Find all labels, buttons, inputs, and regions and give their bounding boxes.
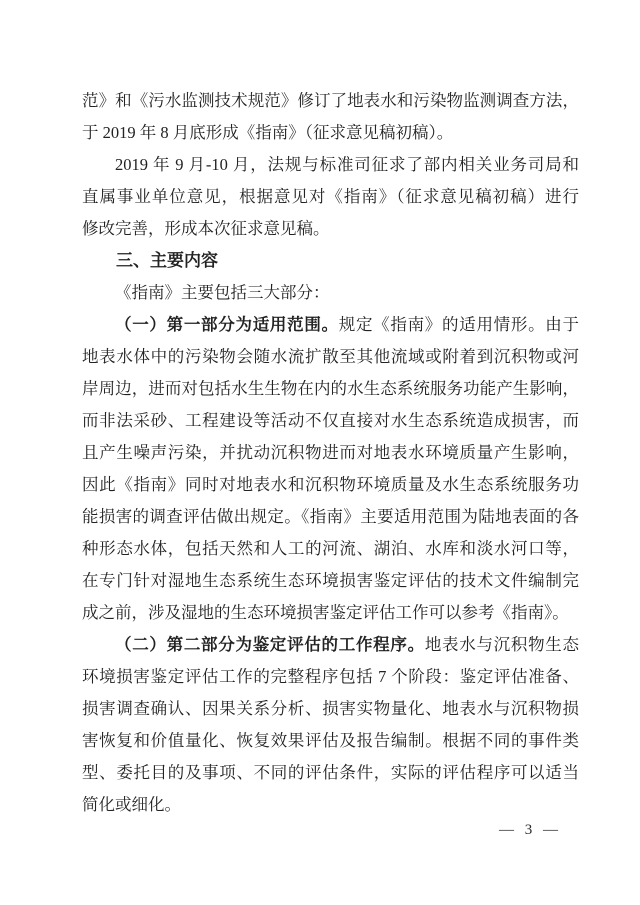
line-text: 害恢复和价值量化、恢复效果评估及报告编制。根据不同的事件类: [82, 731, 579, 750]
line-text: 种形态水体，包括天然和人工的河流、湖泊、水库和淡水河口等，: [82, 539, 579, 558]
text-line: 害恢复和价值量化、恢复效果评估及报告编制。根据不同的事件类: [82, 725, 579, 757]
text-line: 且产生噪声污染，并扰动沉积物进而对地表水环境质量产生影响，: [82, 437, 579, 469]
line-text: 规定《指南》的适用情形。由于: [339, 315, 579, 334]
text-line: 成之前，涉及湿地的生态环境损害鉴定评估工作可以参考《指南》。: [82, 597, 579, 629]
text-line: 损害调查确认、因果关系分析、损害实物量化、地表水与沉积物损: [82, 693, 579, 725]
text-line: 于 2019 年 8 月底形成《指南》（征求意见稿初稿）。: [82, 117, 579, 149]
text-line: 环境损害鉴定评估工作的完整程序包括 7 个阶段：鉴定评估准备、: [82, 661, 579, 693]
bold-lead-text: （二）第二部分为鉴定评估的工作程序。: [115, 635, 425, 654]
text-line: 型、委托目的及事项、不同的评估条件，实际的评估程序可以适当: [82, 757, 579, 789]
document-page: 范》和《污水监测技术规范》修订了地表水和污染物监测调查方法， 于 2019 年 …: [0, 0, 640, 905]
text-line: 因此《指南》同时对地表水和沉积物环境质量及水生态系统服务功: [82, 469, 579, 501]
line-text: 型、委托目的及事项、不同的评估条件，实际的评估程序可以适当: [82, 763, 579, 782]
page-number: — 3 —: [499, 822, 558, 838]
text-line: （一）第一部分为适用范围。规定《指南》的适用情形。由于: [82, 309, 579, 341]
document-body: 范》和《污水监测技术规范》修订了地表水和污染物监测调查方法， 于 2019 年 …: [82, 85, 579, 821]
text-line: 在专门针对湿地生态系统生态环境损害鉴定评估的技术文件编制完: [82, 565, 579, 597]
line-text: 简化或细化。: [82, 795, 181, 814]
line-text: 能损害的调查评估做出规定。《指南》主要适用范围为陆地表面的各: [82, 507, 579, 526]
line-text: 范》和《污水监测技术规范》修订了地表水和污染物监测调查方法，: [82, 91, 579, 110]
bold-lead-text: （一）第一部分为适用范围。: [115, 315, 339, 334]
line-text: 在专门针对湿地生态系统生态环境损害鉴定评估的技术文件编制完: [82, 571, 579, 590]
line-text: 而非法采砂、工程建设等活动不仅直接对水生态系统造成损害，而: [82, 411, 579, 430]
text-line: 岸周边，进而对包括水生生物在内的水生态系统服务功能产生影响，: [82, 373, 579, 405]
section-heading-text: 三、主要内容: [116, 251, 218, 270]
text-line: 修改完善，形成本次征求意见稿。: [82, 213, 579, 245]
line-text: 损害调查确认、因果关系分析、损害实物量化、地表水与沉积物损: [82, 699, 579, 718]
line-text: 于 2019 年 8 月底形成《指南》（征求意见稿初稿）。: [82, 123, 453, 142]
line-text: 岸周边，进而对包括水生生物在内的水生态系统服务功能产生影响，: [82, 379, 579, 398]
text-line: 范》和《污水监测技术规范》修订了地表水和污染物监测调查方法，: [82, 85, 579, 117]
text-line: （二）第二部分为鉴定评估的工作程序。地表水与沉积物生态: [82, 629, 579, 661]
line-text: 直属事业单位意见，根据意见对《指南》（征求意见稿初稿）进行: [82, 187, 579, 206]
line-text: 地表水体中的污染物会随水流扩散至其他流域或附着到沉积物或河: [82, 347, 579, 366]
line-text: 且产生噪声污染，并扰动沉积物进而对地表水环境质量产生影响，: [82, 443, 579, 462]
text-line: 地表水体中的污染物会随水流扩散至其他流域或附着到沉积物或河: [82, 341, 579, 373]
text-line: 简化或细化。: [82, 789, 579, 821]
section-heading: 三、主要内容: [82, 245, 579, 277]
line-text: 因此《指南》同时对地表水和沉积物环境质量及水生态系统服务功: [82, 475, 579, 494]
text-line: 种形态水体，包括天然和人工的河流、湖泊、水库和淡水河口等，: [82, 533, 579, 565]
line-text: 修改完善，形成本次征求意见稿。: [82, 219, 330, 238]
line-text: 2019 年 9 月-10 月，法规与标准司征求了部内相关业务司局和: [115, 155, 579, 174]
line-text: 《指南》主要包括三大部分：: [115, 283, 330, 302]
line-text: 成之前，涉及湿地的生态环境损害鉴定评估工作可以参考《指南》。: [82, 603, 569, 622]
text-line: 直属事业单位意见，根据意见对《指南》（征求意见稿初稿）进行: [82, 181, 579, 213]
text-line: 而非法采砂、工程建设等活动不仅直接对水生态系统造成损害，而: [82, 405, 579, 437]
text-line: 能损害的调查评估做出规定。《指南》主要适用范围为陆地表面的各: [82, 501, 579, 533]
text-line: 2019 年 9 月-10 月，法规与标准司征求了部内相关业务司局和: [82, 149, 579, 181]
line-text: 环境损害鉴定评估工作的完整程序包括 7 个阶段：鉴定评估准备、: [82, 667, 579, 686]
page-footer: — 3 —: [0, 820, 558, 840]
text-line: 《指南》主要包括三大部分：: [82, 277, 579, 309]
line-text: 地表水与沉积物生态: [425, 635, 579, 654]
